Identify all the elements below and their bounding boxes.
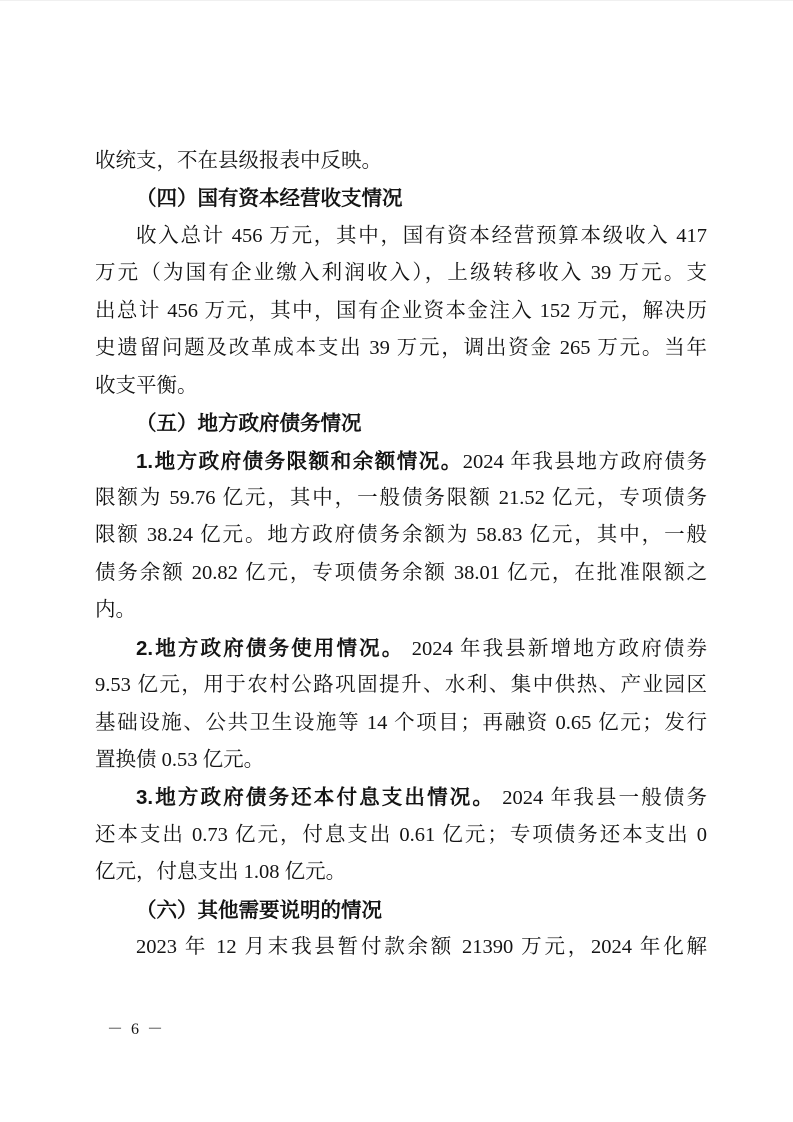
- text-segment: 债务余额 20.82 亿元，专项债务余额 38.01 亿元，在批准限额之: [95, 562, 707, 584]
- bold-text-segment: （四）国有资本经营收支情况: [136, 187, 403, 210]
- text-segment: 2024 年我县地方政府债务: [463, 451, 707, 473]
- document-line: 万元（为国有企业缴入利润收入），上级转移收入 39 万元。支: [95, 255, 707, 292]
- text-segment: 还本支出 0.73 亿元，付息支出 0.61 亿元；专项债务还本支出 0: [95, 824, 707, 846]
- section-heading: （四）国有资本经营收支情况: [95, 180, 707, 217]
- document-line: 内。: [95, 592, 707, 629]
- document-line: 基础设施、公共卫生设施等 14 个项目；再融资 0.65 亿元；发行: [95, 705, 707, 742]
- text-segment: 史遗留问题及改革成本支出 39 万元，调出资金 265 万元。当年: [95, 337, 707, 359]
- text-segment: 收入总计 456 万元，其中，国有资本经营预算本级收入 417: [136, 225, 707, 247]
- text-segment: 2024 年我县新增地方政府债券: [404, 638, 707, 660]
- text-segment: 置换债 0.53 亿元。: [95, 749, 264, 771]
- bold-text-segment: 1.地方政府债务限额和余额情况。: [136, 450, 463, 473]
- section-heading: （六）其他需要说明的情况: [95, 892, 707, 929]
- section-heading: （五）地方政府债务情况: [95, 405, 707, 442]
- document-line: 还本支出 0.73 亿元，付息支出 0.61 亿元；专项债务还本支出 0: [95, 817, 707, 854]
- document-line: 限额为 59.76 亿元，其中，一般债务限额 21.52 亿元，专项债务: [95, 480, 707, 517]
- text-segment: 限额 38.24 亿元。地方政府债务余额为 58.83 亿元，其中，一般: [95, 524, 707, 546]
- bold-text-segment: （五）地方政府债务情况: [136, 412, 362, 435]
- bold-text-segment: 2.地方政府债务使用情况。: [136, 637, 404, 660]
- text-segment: 万元（为国有企业缴入利润收入），上级转移收入 39 万元。支: [95, 262, 707, 284]
- document-line: 3.地方政府债务还本付息支出情况。 2024 年我县一般债务: [95, 779, 707, 816]
- document-line: 置换债 0.53 亿元。: [95, 742, 707, 779]
- text-segment: 内。: [95, 599, 136, 621]
- text-segment: 出总计 456 万元，其中，国有企业资本金注入 152 万元，解决历: [95, 300, 707, 322]
- text-segment: 亿元，付息支出 1.08 亿元。: [95, 861, 346, 883]
- document-line: 2.地方政府债务使用情况。 2024 年我县新增地方政府债券: [95, 630, 707, 667]
- document-line: 2023 年 12 月末我县暂付款余额 21390 万元，2024 年化解: [95, 929, 707, 966]
- text-segment: 收支平衡。: [95, 375, 198, 397]
- document-line: 收支平衡。: [95, 368, 707, 405]
- document-line: 史遗留问题及改革成本支出 39 万元，调出资金 265 万元。当年: [95, 330, 707, 367]
- bold-text-segment: （六）其他需要说明的情况: [136, 899, 382, 922]
- text-segment: 2023 年 12 月末我县暂付款余额 21390 万元，2024 年化解: [136, 936, 707, 958]
- document-line: 1.地方政府债务限额和余额情况。2024 年我县地方政府债务: [95, 443, 707, 480]
- text-segment: 9.53 亿元，用于农村公路巩固提升、水利、集中供热、产业园区: [95, 674, 707, 696]
- document-line: 出总计 456 万元，其中，国有企业资本金注入 152 万元，解决历: [95, 293, 707, 330]
- bold-text-segment: 3.地方政府债务还本付息支出情况。: [136, 786, 495, 809]
- document-line: 9.53 亿元，用于农村公路巩固提升、水利、集中供热、产业园区: [95, 667, 707, 704]
- text-segment: 基础设施、公共卫生设施等 14 个项目；再融资 0.65 亿元；发行: [95, 712, 707, 734]
- document-line: 亿元，付息支出 1.08 亿元。: [95, 854, 707, 891]
- document-page: 收统支，不在县级报表中反映。（四）国有资本经营收支情况收入总计 456 万元，其…: [0, 0, 793, 1122]
- document-content: 收统支，不在县级报表中反映。（四）国有资本经营收支情况收入总计 456 万元，其…: [95, 143, 707, 967]
- text-segment: 限额为 59.76 亿元，其中，一般债务限额 21.52 亿元，专项债务: [95, 487, 707, 509]
- document-line: 债务余额 20.82 亿元，专项债务余额 38.01 亿元，在批准限额之: [95, 555, 707, 592]
- document-line: 收统支，不在县级报表中反映。: [95, 143, 707, 180]
- text-segment: 2024 年我县一般债务: [495, 787, 707, 809]
- document-line: 收入总计 456 万元，其中，国有资本经营预算本级收入 417: [95, 218, 707, 255]
- page-number: － 6 －: [107, 1020, 165, 1040]
- text-segment: 收统支，不在县级报表中反映。: [95, 150, 382, 172]
- document-line: 限额 38.24 亿元。地方政府债务余额为 58.83 亿元，其中，一般: [95, 517, 707, 554]
